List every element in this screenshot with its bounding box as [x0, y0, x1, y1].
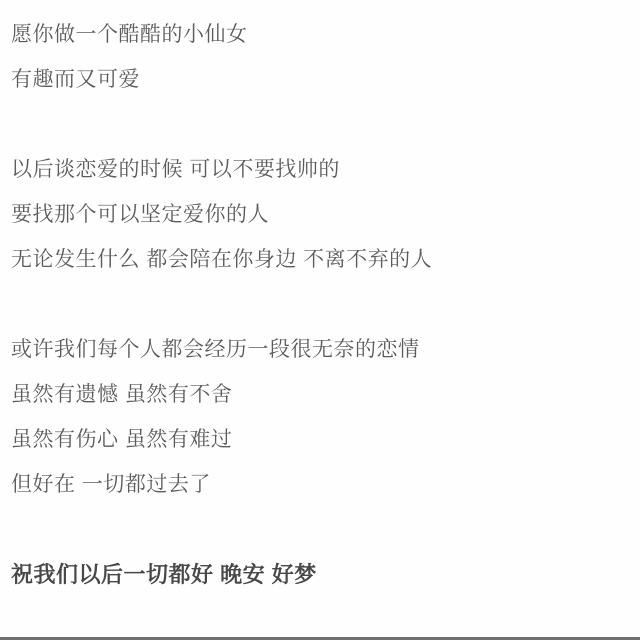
- text-content: 愿你做一个酷酷的小仙女有趣而又可爱以后谈恋爱的时候 可以不要找帅的要找那个可以坚…: [0, 0, 640, 597]
- quote-card: 愿你做一个酷酷的小仙女有趣而又可爱以后谈恋爱的时候 可以不要找帅的要找那个可以坚…: [0, 0, 640, 640]
- text-line: 要找那个可以坚定爱你的人: [11, 192, 630, 237]
- paragraph: 愿你做一个酷酷的小仙女有趣而又可爱: [11, 12, 630, 102]
- text-line: 无论发生什么 都会陪在你身边 不离不弃的人: [11, 237, 630, 282]
- paragraph: 以后谈恋爱的时候 可以不要找帅的要找那个可以坚定爱你的人无论发生什么 都会陪在你…: [11, 147, 630, 282]
- text-line: 愿你做一个酷酷的小仙女: [11, 12, 630, 57]
- text-line: 有趣而又可爱: [11, 57, 630, 102]
- text-line: 或许我们每个人都会经历一段很无奈的恋情: [11, 327, 630, 372]
- paragraph: 或许我们每个人都会经历一段很无奈的恋情虽然有遗憾 虽然有不舍虽然有伤心 虽然有难…: [11, 327, 630, 507]
- text-line: 虽然有伤心 虽然有难过: [11, 417, 630, 462]
- text-line: 虽然有遗憾 虽然有不舍: [11, 372, 630, 417]
- text-line: 以后谈恋爱的时候 可以不要找帅的: [11, 147, 630, 192]
- text-line: 祝我们以后一切都好 晚安 好梦: [11, 552, 630, 597]
- text-line: 但好在 一切都过去了: [11, 462, 630, 507]
- paragraph-closing-wish: 祝我们以后一切都好 晚安 好梦: [11, 552, 630, 597]
